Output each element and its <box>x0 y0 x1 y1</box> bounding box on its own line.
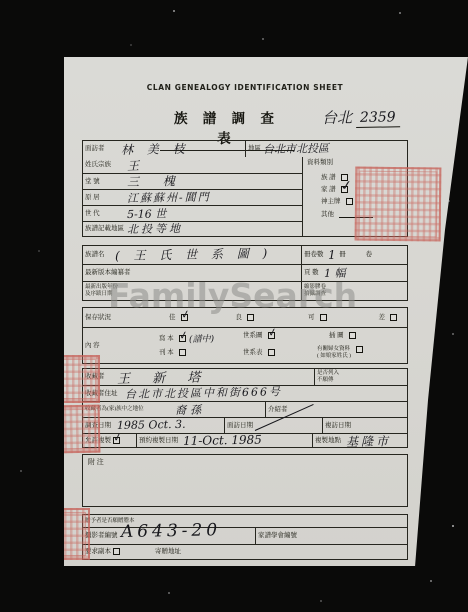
red-seal-stamp-left-upper <box>58 355 100 403</box>
checkbox: ✓ <box>341 186 348 193</box>
holder-position-value: 裔孫 <box>175 401 205 418</box>
generations-label: 世 代 <box>83 210 127 217</box>
copy-date-label: 預約複製日期 <box>137 437 180 444</box>
listed-label: 是否列入 不願傳 <box>315 370 341 384</box>
condition-label: 保存狀況 <box>83 314 149 321</box>
region-handwritten: 台北 <box>322 106 352 128</box>
english-title: CLAN GENEALOGY IDENTIFICATION SHEET <box>82 83 408 92</box>
notes-label: 附 注 <box>86 459 106 467</box>
hall-label: 堂 號 <box>83 178 127 185</box>
content-option-illustration: 插 圖 <box>327 332 356 339</box>
origin-label: 原 居 <box>83 194 127 201</box>
origin-value: 江蘇蘇州-閶門 <box>127 188 211 205</box>
holder-value: 王 新 塔 <box>117 366 210 387</box>
table-volume-info: 族譜名 ( 王 氏 世 系 圖 ) 冊卷數 1 冊 卷 最新版本編纂者 頁 數 … <box>82 245 408 301</box>
publication-date-label: 最新出版年份 及序跋日期 <box>83 284 120 298</box>
society-number-label: 家譜學會編號 <box>256 532 299 539</box>
content-option-printed: 刊 本 <box>157 349 186 356</box>
area-label: 地區 <box>246 145 263 152</box>
hall-value: 三 槐 <box>127 172 185 190</box>
dust-specks <box>0 0 2 2</box>
pages-label: 頁 數 <box>302 269 321 276</box>
copy-place-value: 基隆市 <box>346 432 391 450</box>
scanned-form-page: CLAN GENEALOGY IDENTIFICATION SHEET 族 譜 … <box>64 57 468 566</box>
interviewer-label: 面訪者 <box>83 145 121 152</box>
manuscript-note-handwritten: (譜中) <box>189 332 214 345</box>
checkbox <box>346 198 353 205</box>
volumes-value: 1 <box>327 248 335 262</box>
holder-address-value: 台北市北投區中和街666号 <box>125 383 282 402</box>
film-number-value: A643-20 <box>121 520 221 542</box>
send-address-label: 寄贈地址 <box>153 548 183 555</box>
surname-value: 王 <box>127 156 139 173</box>
red-seal-stamp-bottom-left <box>56 508 90 560</box>
surname-label: 姓氏宗族 <box>83 161 127 168</box>
table-catalog-numbers: 贈予者是否願贈謄本 攝影者編號 A643-20 家譜學會編號 要求副本 寄贈地址 <box>82 514 408 560</box>
record-area-label: 族譜記載地區 <box>83 225 127 232</box>
area-value: 台北市北投區 <box>263 140 329 157</box>
pages-value: 1 幅 <box>323 265 345 281</box>
copy-place-label: 複製地點 <box>313 437 343 444</box>
interviewer-value: 林 美 枝 <box>121 139 190 157</box>
visit-date-label: 面訪日期 <box>225 422 255 429</box>
genealogy-title-value: ( 王 氏 世 系 圖 ) <box>115 244 273 264</box>
notes-box: 附 注 <box>82 454 408 507</box>
red-seal-stamp-right <box>355 167 442 242</box>
generations-value: 5-16 世 <box>127 205 166 222</box>
table-condition-contents: 保存狀況 佳 ✓ 良 可 差 內 容 <box>82 307 408 364</box>
content-option-chart: 世系圖 ✓ <box>241 332 275 339</box>
condition-option-ok: 可 <box>306 314 327 321</box>
editor-label: 最新版本編纂者 <box>83 269 133 276</box>
condition-option-fair: 良 <box>234 314 255 321</box>
category-title: 資料類別 <box>305 159 335 166</box>
content-option-women-data: 有關婦女資料 ( 如娘家姓氏 ) <box>315 346 363 360</box>
content-option-table: 世系表 <box>241 349 275 356</box>
table-holder-info: 收藏者 王 新 塔 是否列入 不願傳 收藏者住址 台北市北投區中和街666号 收… <box>82 368 408 448</box>
survey-date-value: 1985 Oct. 3. <box>117 418 186 432</box>
record-area-value: 北投等地 <box>127 220 183 237</box>
serial-number-handwritten: 2359 <box>356 109 400 128</box>
revisit-date-label: 複訪日期 <box>323 422 353 429</box>
copy-date-value: 11-Oct. 1985 <box>183 433 262 448</box>
volumes-label: 冊卷數 <box>302 251 326 258</box>
introducer-label: 介紹者 <box>266 406 290 413</box>
condition-option-good: 佳 ✓ <box>167 314 188 321</box>
microfilm-label: 縮影膠卷 拍攝調查 <box>302 284 328 298</box>
condition-option-poor: 差 <box>377 314 398 321</box>
microfilm-scan-frame: CLAN GENEALOGY IDENTIFICATION SHEET 族 譜 … <box>0 0 468 612</box>
title-label: 族譜名 <box>83 251 115 258</box>
red-seal-stamp-left-lower <box>56 405 101 454</box>
content-option-manuscript: 寫 本 ✓ (譜中) <box>157 332 214 345</box>
